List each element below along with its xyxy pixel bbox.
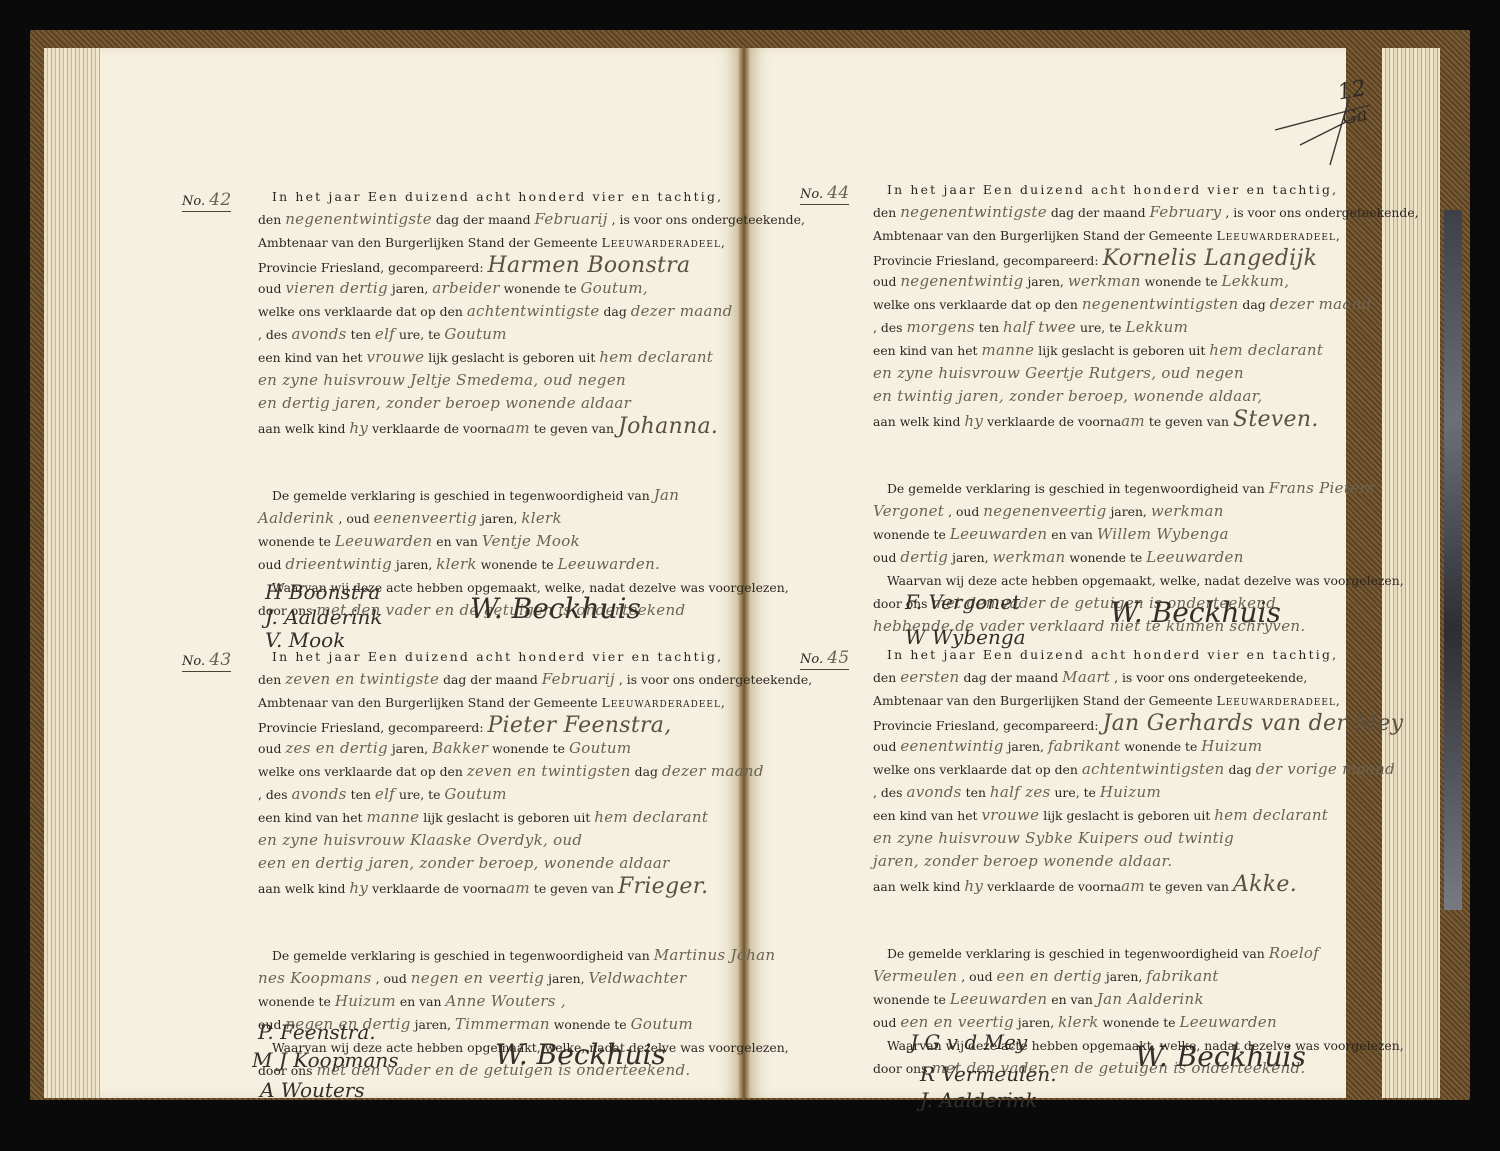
handwritten-day: negenentwintigste (900, 203, 1047, 221)
text-line: en twintig jaren, zonder beroep, wonende… (873, 385, 1419, 408)
handwritten-witness1-residence: Leeuwarden (335, 532, 432, 550)
act-opening: In het jaar Een duizend acht honderd vie… (272, 189, 723, 204)
handwritten-witness1-occupation: werkman (1151, 502, 1224, 520)
printed-text: , oud (376, 971, 407, 986)
printed-text: dag der maand (963, 670, 1058, 685)
text-line: welke ons verklaarde dat op den zeven en… (258, 760, 812, 783)
handwritten-month: Februarij (535, 210, 608, 228)
printed-text: verklaarde de voorna (372, 881, 506, 896)
text-line: aan welk kind hy verklaarde de voornaam … (258, 415, 805, 438)
handwritten-name-suffix: am (506, 879, 530, 897)
handwritten-birth-place: Goutum (444, 785, 506, 803)
printed-text: jaren, (1106, 969, 1142, 984)
text-line: Ambtenaar van den Burgerlijken Stand der… (873, 224, 1419, 247)
printed-text: jaren, (1018, 1015, 1054, 1030)
birth-act-42: In het jaar Een duizend acht honderd vie… (258, 185, 805, 645)
handwritten-witness2-residence: Goutum (631, 1015, 693, 1033)
text-line: In het jaar Een duizend acht honderd vie… (258, 645, 812, 668)
text-line: een kind van het manne lijk geslacht is … (258, 806, 812, 829)
text-line: en zyne huisvrouw Klaaske Overdyk, oud (258, 829, 812, 852)
text-line: Vermeulen , oud een en dertig jaren, fab… (873, 965, 1404, 988)
witness-1-surname: nes Koopmans (258, 969, 372, 987)
handwritten-birth-place: Huizum (1100, 783, 1161, 801)
handwritten-birth-month: der vorige maand (1256, 760, 1395, 778)
text-line: een en dertig jaren, zonder beroep, wone… (258, 852, 812, 875)
printed-text: een kind van het (873, 343, 978, 358)
handwritten-declarant-occupation: arbeider (432, 279, 499, 297)
handwritten-parents-1: hem declarant (599, 348, 713, 366)
text-line: Provincie Friesland, gecompareerd: Jan G… (873, 712, 1404, 735)
signature: R Vermeulen. (920, 1062, 1057, 1086)
printed-text: en van (1051, 527, 1093, 542)
printed-text: De gemelde verklaring is geschied in teg… (272, 488, 650, 503)
text-line: oud drieentwintig jaren, klerk wonende t… (258, 553, 805, 576)
handwritten-sex: manne (981, 341, 1034, 359)
printed-text: , des (258, 327, 288, 342)
handwritten-hour: half zes (990, 783, 1051, 801)
printed-text: ten (351, 787, 371, 802)
handwritten-birth-day: negenentwintigsten (1082, 295, 1239, 313)
handwritten-parents-3: een en dertig jaren, zonder beroep, wone… (258, 854, 670, 872)
printed-text: oud (873, 739, 896, 754)
handwritten-pronoun: hy (964, 877, 983, 895)
handwritten-day: negenentwintigste (285, 210, 432, 228)
printed-text: , is voor ons ondergeteekende, (612, 212, 805, 227)
printed-text: Provincie Friesland, gecompareerd: (873, 718, 1099, 733)
text-line: aan welk kind hy verklaarde de voornaam … (873, 408, 1419, 431)
act-number: No. 42 (182, 190, 231, 212)
act-number: No. 43 (182, 650, 231, 672)
municipality: Leeuwarderadeel, (1217, 228, 1341, 243)
marbled-board (1444, 210, 1462, 910)
printed-text: verklaarde de voorna (987, 414, 1121, 429)
printed-text: dag (604, 304, 627, 319)
text-line: Ambtenaar van den Burgerlijken Stand der… (873, 689, 1404, 712)
printed-text: te geven van (534, 421, 614, 436)
act-opening: In het jaar Een duizend acht honderd vie… (887, 647, 1338, 662)
handwritten-birth-month: dezer maand (631, 302, 733, 320)
handwritten-sex: manne (366, 808, 419, 826)
handwritten-declarant-occupation: werkman (1068, 272, 1141, 290)
printed-text: oud (258, 557, 281, 572)
printed-text: jaren, (392, 281, 428, 296)
handwritten-witness1-age: negen en veertig (411, 969, 544, 987)
printed-text: een kind van het (258, 350, 363, 365)
printed-text: jaren, (1027, 274, 1063, 289)
child-name: Steven. (1233, 407, 1319, 432)
handwritten-time-of-day: avonds (906, 783, 961, 801)
witness-1-name: Frans Pieters (1269, 479, 1375, 497)
handwritten-parents-3: en dertig jaren, zonder beroep wonende a… (258, 394, 631, 412)
printed-text: , des (258, 787, 288, 802)
act-opening: In het jaar Een duizend acht honderd vie… (272, 649, 723, 664)
folio-stroke-icon (1270, 85, 1380, 175)
witness-2-name: Willem Wybenga (1097, 525, 1229, 543)
handwritten-witness1-residence: Huizum (335, 992, 396, 1010)
handwritten-witness2-age: drieentwintig (285, 555, 392, 573)
printed-text: jaren, (952, 550, 988, 565)
handwritten-parents-1: hem declarant (594, 808, 708, 826)
printed-text: lijk geslacht is geboren uit (423, 810, 590, 825)
handwritten-time-of-day: morgens (906, 318, 974, 336)
text-line: nes Koopmans , oud negen en veertig jare… (258, 967, 812, 990)
text-line: Provincie Friesland, gecompareerd: Korne… (873, 247, 1419, 270)
printed-text: , des (873, 785, 903, 800)
printed-text: lijk geslacht is geboren uit (1043, 808, 1210, 823)
printed-text: jaren, (396, 557, 432, 572)
printed-text: ten (351, 327, 371, 342)
printed-text: wonende te (873, 992, 946, 1007)
printed-text: ure, te (399, 327, 440, 342)
text-line: In het jaar Een duizend acht honderd vie… (873, 178, 1419, 201)
handwritten-parents-3: en twintig jaren, zonder beroep, wonende… (873, 387, 1263, 405)
text-line: een kind van het manne lijk geslacht is … (873, 339, 1419, 362)
printed-text: Provincie Friesland, gecompareerd: (258, 260, 484, 275)
text-line: aan welk kind hy verklaarde de voornaam … (258, 875, 812, 898)
printed-text: Provincie Friesland, gecompareerd: (873, 253, 1099, 268)
signature: W. Beckhuis (1110, 596, 1281, 629)
witness-2-name: Jan Aalderink (1097, 990, 1204, 1008)
handwritten-declarant-age: zes en dertig (285, 739, 388, 757)
signature: J. Aalderink (265, 605, 383, 629)
printed-text: aan welk kind (258, 881, 345, 896)
printed-text: , oud (948, 504, 979, 519)
handwritten-parents-1: hem declarant (1214, 806, 1328, 824)
declarant-name: Jan Gerhards van der Mey (1102, 711, 1403, 736)
handwritten-parents-3: jaren, zonder beroep wonende aldaar. (873, 852, 1172, 870)
text-line: , des avonds ten elf ure, te Goutum (258, 783, 812, 806)
printed-text: wonende te (258, 534, 331, 549)
handwritten-time-of-day: avonds (291, 325, 346, 343)
handwritten-witness2-age: dertig (900, 548, 948, 566)
handwritten-hour: elf (375, 325, 395, 343)
text-line: den zeven en twintigste dag der maand Fe… (258, 668, 812, 691)
printed-text: De gemelde verklaring is geschied in teg… (887, 481, 1265, 496)
printed-text: wonende te (873, 527, 946, 542)
printed-text: jaren, (1008, 739, 1044, 754)
handwritten-name-suffix: am (1121, 877, 1145, 895)
handwritten-witness1-age: eenenveertig (374, 509, 477, 527)
text-line: den negenentwintigste dag der maand Febr… (258, 208, 805, 231)
printed-text: dag (635, 764, 658, 779)
text-line: jaren, zonder beroep wonende aldaar. (873, 850, 1404, 873)
birth-act-44: In het jaar Een duizend acht honderd vie… (873, 178, 1419, 638)
text-line: oud dertig jaren, werkman wonende te Lee… (873, 546, 1419, 569)
witness-1-surname: Aalderink (258, 509, 334, 527)
act-number-label: No. (182, 194, 205, 209)
text-line: In het jaar Een duizend acht honderd vie… (258, 185, 805, 208)
printed-text: Provincie Friesland, gecompareerd: (258, 720, 484, 735)
signature: H Boonstra (265, 580, 380, 604)
text-line: welke ons verklaarde dat op den achtentw… (258, 300, 805, 323)
act-number-label: No. (800, 187, 823, 202)
handwritten-sex: vrouwe (366, 348, 424, 366)
handwritten-witness1-residence: Leeuwarden (950, 525, 1047, 543)
municipality: Leeuwarderadeel, (602, 235, 726, 250)
text-line: den eersten dag der maand Maart , is voo… (873, 666, 1404, 689)
handwritten-witness2-occupation: werkman (993, 548, 1066, 566)
printed-text: en van (400, 994, 442, 1009)
handwritten-declarant-residence: Goutum, (580, 279, 647, 297)
witness-1-name: Martinus Johan (654, 946, 776, 964)
handwritten-time-of-day: avonds (291, 785, 346, 803)
handwritten-witness2-occupation: Timmerman (455, 1015, 550, 1033)
child-name: Frieger. (618, 874, 708, 899)
printed-text: een kind van het (873, 808, 978, 823)
printed-text: wonende te (1124, 739, 1197, 754)
witness-2-name: Ventje Mook (482, 532, 580, 550)
child-name: Akke. (1233, 872, 1297, 897)
printed-text: te geven van (1149, 879, 1229, 894)
text-line: welke ons verklaarde dat op den negenent… (873, 293, 1419, 316)
signature: W. Beckhuis (470, 592, 641, 625)
declarant-name: Kornelis Langedijk (1102, 246, 1317, 271)
printed-text: aan welk kind (873, 414, 960, 429)
handwritten-declarant-occupation: fabrikant (1048, 737, 1121, 755)
printed-text: , oud (961, 969, 992, 984)
handwritten-pronoun: hy (349, 419, 368, 437)
printed-text: dag (1242, 297, 1265, 312)
printed-text: , is voor ons ondergeteekende, (619, 672, 812, 687)
printed-text: De gemelde verklaring is geschied in teg… (887, 946, 1265, 961)
handwritten-declarant-residence: Goutum (569, 739, 631, 757)
text-line: De gemelde verklaring is geschied in teg… (873, 942, 1404, 965)
act-number: No. 44 (800, 183, 849, 205)
act-opening: In het jaar Een duizend acht honderd vie… (887, 182, 1338, 197)
witness-1-surname: Vermeulen (873, 967, 957, 985)
text-line: De gemelde verklaring is geschied in teg… (258, 944, 812, 967)
printed-text: dag (1228, 762, 1251, 777)
handwritten-witness2-age: een en veertig (900, 1013, 1014, 1031)
printed-text: wonende te (1145, 274, 1218, 289)
printed-text: wonende te (1069, 550, 1142, 565)
text-line: , des morgens ten half twee ure, te Lekk… (873, 316, 1419, 339)
printed-text: den (258, 672, 281, 687)
signature: J G v d Mey (910, 1030, 1027, 1054)
municipality: Leeuwarderadeel, (602, 695, 726, 710)
handwritten-parents-2: en zyne huisvrouw Geertje Rutgers, oud n… (873, 364, 1244, 382)
printed-text: oud (873, 274, 896, 289)
printed-text: oud (258, 741, 281, 756)
act-number-label: No. (800, 652, 823, 667)
handwritten-declarant-residence: Huizum (1201, 737, 1262, 755)
signature: J. Aalderink (920, 1088, 1038, 1112)
witness-2-name: Anne Wouters , (446, 992, 566, 1010)
printed-text: en van (1051, 992, 1093, 1007)
printed-text: wonende te (481, 557, 554, 572)
printed-text: jaren, (548, 971, 584, 986)
handwritten-witness1-age: een en dertig (996, 967, 1101, 985)
text-line: en zyne huisvrouw Sybke Kuipers oud twin… (873, 827, 1404, 850)
handwritten-declarant-residence: Lekkum, (1222, 272, 1290, 290)
handwritten-witness2-residence: Leeuwarden. (558, 555, 661, 573)
printed-text: dag der maand (436, 212, 531, 227)
printed-text: lijk geslacht is geboren uit (1038, 343, 1205, 358)
printed-text: een kind van het (258, 810, 363, 825)
printed-text: oud (258, 281, 281, 296)
text-line: en dertig jaren, zonder beroep wonende a… (258, 392, 805, 415)
handwritten-day: zeven en twintigste (285, 670, 439, 688)
handwritten-witness2-occupation: klerk (1058, 1013, 1099, 1031)
handwritten-hour: half twee (1003, 318, 1076, 336)
handwritten-witness2-occupation: klerk (436, 555, 477, 573)
printed-text: De gemelde verklaring is geschied in teg… (272, 948, 650, 963)
printed-text: lijk geslacht is geboren uit (428, 350, 595, 365)
printed-text: verklaarde de voorna (987, 879, 1121, 894)
printed-text: dag der maand (443, 672, 538, 687)
handwritten-birth-place: Goutum (444, 325, 506, 343)
handwritten-month: Maart (1062, 668, 1110, 686)
printed-text: welke ons verklaarde dat op den (258, 764, 463, 779)
handwritten-birth-place: Lekkum (1125, 318, 1188, 336)
printed-text: Ambtenaar van den Burgerlijken Stand der… (873, 693, 1213, 708)
handwritten-witness1-residence: Leeuwarden (950, 990, 1047, 1008)
printed-text: wonende te (492, 741, 565, 756)
handwritten-parents-2: en zyne huisvrouw Klaaske Overdyk, oud (258, 831, 582, 849)
signature: W. Beckhuis (1135, 1040, 1306, 1073)
declarant-name: Harmen Boonstra (487, 253, 690, 278)
printed-text: , is voor ons ondergeteekende, (1114, 670, 1307, 685)
printed-text: welke ons verklaarde dat op den (873, 762, 1078, 777)
handwritten-declarant-age: eenentwintig (900, 737, 1003, 755)
text-line: een kind van het vrouwe lijk geslacht is… (258, 346, 805, 369)
handwritten-declarant-occupation: Bakker (432, 739, 488, 757)
printed-text: ten (966, 785, 986, 800)
text-line: een kind van het vrouwe lijk geslacht is… (873, 804, 1404, 827)
printed-text: jaren, (392, 741, 428, 756)
printed-text: ure, te (1080, 320, 1121, 335)
handwritten-birth-month: dezer maand (1270, 295, 1372, 313)
handwritten-name-suffix: am (1121, 412, 1145, 430)
act-number-value: 45 (827, 648, 849, 668)
signature: W. Beckhuis (495, 1038, 666, 1071)
printed-text: verklaarde de voorna (372, 421, 506, 436)
municipality: Leeuwarderadeel, (1217, 693, 1341, 708)
text-line: en zyne huisvrouw Geertje Rutgers, oud n… (873, 362, 1419, 385)
text-line: oud vieren dertig jaren, arbeider wonend… (258, 277, 805, 300)
handwritten-parents-2: en zyne huisvrouw Sybke Kuipers oud twin… (873, 829, 1234, 847)
text-line: den negenentwintigste dag der maand Febr… (873, 201, 1419, 224)
printed-text: wonende te (258, 994, 331, 1009)
printed-text: te geven van (534, 881, 614, 896)
handwritten-sex: vrouwe (981, 806, 1039, 824)
printed-text: wonende te (504, 281, 577, 296)
text-line: wonende te Leeuwarden en van Willem Wybe… (873, 523, 1419, 546)
page-edges-left (44, 48, 104, 1098)
text-line: Ambtenaar van den Burgerlijken Stand der… (258, 691, 812, 714)
text-line: , des avonds ten elf ure, te Goutum (258, 323, 805, 346)
declarant-name: Pieter Feenstra, (487, 713, 671, 738)
printed-text: oud (873, 1015, 896, 1030)
text-line: en zyne huisvrouw Jeltje Smedema, oud ne… (258, 369, 805, 392)
printed-text: te geven van (1149, 414, 1229, 429)
printed-text: Waarvan wij deze acte hebben opgemaakt, … (887, 573, 1404, 588)
printed-text: dag der maand (1051, 205, 1146, 220)
printed-text: , oud (338, 511, 369, 526)
printed-text: wonende te (554, 1017, 627, 1032)
text-line: oud negenentwintig jaren, werkman wonend… (873, 270, 1419, 293)
act-number-value: 44 (827, 183, 849, 203)
printed-text: jaren, (415, 1017, 451, 1032)
text-line: oud zes en dertig jaren, Bakker wonende … (258, 737, 812, 760)
printed-text: aan welk kind (873, 879, 960, 894)
handwritten-name-suffix: am (506, 419, 530, 437)
printed-text: wonende te (1103, 1015, 1176, 1030)
text-line: , des avonds ten half zes ure, te Huizum (873, 781, 1404, 804)
signature: M J Koopmans (252, 1048, 399, 1072)
handwritten-parents-2: en zyne huisvrouw Jeltje Smedema, oud ne… (258, 371, 626, 389)
printed-text: en van (436, 534, 478, 549)
printed-text: Ambtenaar van den Burgerlijken Stand der… (258, 235, 598, 250)
signature: F. Vergonet (905, 590, 1020, 614)
act-number: No. 45 (800, 648, 849, 670)
printed-text: Ambtenaar van den Burgerlijken Stand der… (258, 695, 598, 710)
handwritten-birth-month: dezer maand (662, 762, 764, 780)
handwritten-declarant-age: vieren dertig (285, 279, 388, 297)
handwritten-birth-day: achtentwintigsten (1082, 760, 1225, 778)
handwritten-day: eersten (900, 668, 959, 686)
handwritten-month: Februarij (542, 670, 615, 688)
act-number-label: No. (182, 654, 205, 669)
printed-text: welke ons verklaarde dat op den (258, 304, 463, 319)
text-line: Ambtenaar van den Burgerlijken Stand der… (258, 231, 805, 254)
text-line: aan welk kind hy verklaarde de voornaam … (873, 873, 1404, 896)
child-name: Johanna. (618, 414, 718, 439)
text-line: wonende te Huizum en van Anne Wouters , (258, 990, 812, 1013)
text-line: Vergonet , oud negenenveertig jaren, wer… (873, 500, 1419, 523)
printed-text: , des (873, 320, 903, 335)
handwritten-witness2-residence: Leeuwarden (1179, 1013, 1276, 1031)
text-line: welke ons verklaarde dat op den achtentw… (873, 758, 1404, 781)
act-number-value: 43 (209, 650, 231, 670)
handwritten-month: February (1150, 203, 1222, 221)
witness-1-name: Roelof (1269, 944, 1319, 962)
act-number-value: 42 (209, 190, 231, 210)
text-line: De gemelde verklaring is geschied in teg… (873, 477, 1419, 500)
handwritten-witness2-residence: Leeuwarden (1146, 548, 1243, 566)
handwritten-witness1-age: negenenveertig (983, 502, 1106, 520)
witness-1-surname: Vergonet (873, 502, 944, 520)
printed-text: Ambtenaar van den Burgerlijken Stand der… (873, 228, 1213, 243)
printed-text: welke ons verklaarde dat op den (873, 297, 1078, 312)
text-line: wonende te Leeuwarden en van Jan Aalderi… (873, 988, 1404, 1011)
printed-text: jaren, (1110, 504, 1146, 519)
text-line: De gemelde verklaring is geschied in teg… (258, 484, 805, 507)
handwritten-birth-day: achtentwintigste (467, 302, 600, 320)
text-line: wonende te Leeuwarden en van Ventje Mook (258, 530, 805, 553)
printed-text: jaren, (481, 511, 517, 526)
text-line: Provincie Friesland, gecompareerd: Harme… (258, 254, 805, 277)
printed-text: oud (873, 550, 896, 565)
printed-text: aan welk kind (258, 421, 345, 436)
printed-text: den (258, 212, 281, 227)
witness-1-name: Jan (654, 486, 680, 504)
handwritten-pronoun: hy (349, 879, 368, 897)
printed-text: , is voor ons ondergeteekende, (1225, 205, 1418, 220)
handwritten-parents-1: hem declarant (1209, 341, 1323, 359)
handwritten-pronoun: hy (964, 412, 983, 430)
printed-text: den (873, 205, 896, 220)
signature: A Wouters (260, 1078, 365, 1102)
handwritten-witness1-occupation: klerk (521, 509, 562, 527)
printed-text: ure, te (1054, 785, 1095, 800)
text-line: In het jaar Een duizend acht honderd vie… (873, 643, 1404, 666)
handwritten-declarant-age: negenentwintig (900, 272, 1023, 290)
text-line: oud eenentwintig jaren, fabrikant wonend… (873, 735, 1404, 758)
signature: P. Feenstra. (258, 1020, 376, 1044)
handwritten-birth-day: zeven en twintigsten (467, 762, 631, 780)
printed-text: ten (979, 320, 999, 335)
